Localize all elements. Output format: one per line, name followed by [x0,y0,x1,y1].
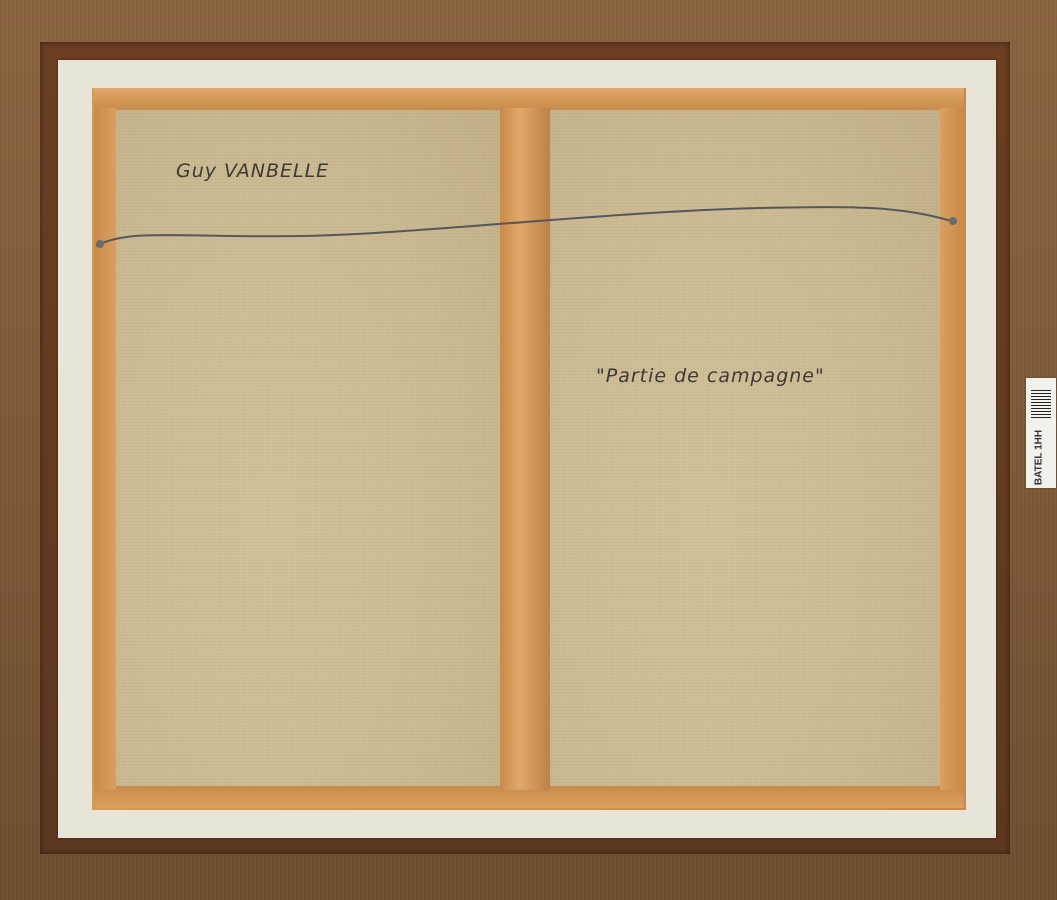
auction-label: BATEL 1HH [1026,378,1056,488]
wire-anchor-right [949,217,957,225]
label-text: BATEL 1HH [1034,423,1045,493]
barcode-icon [1031,388,1051,418]
wire-anchor-left [96,240,104,248]
hanging-wire [0,0,1057,900]
